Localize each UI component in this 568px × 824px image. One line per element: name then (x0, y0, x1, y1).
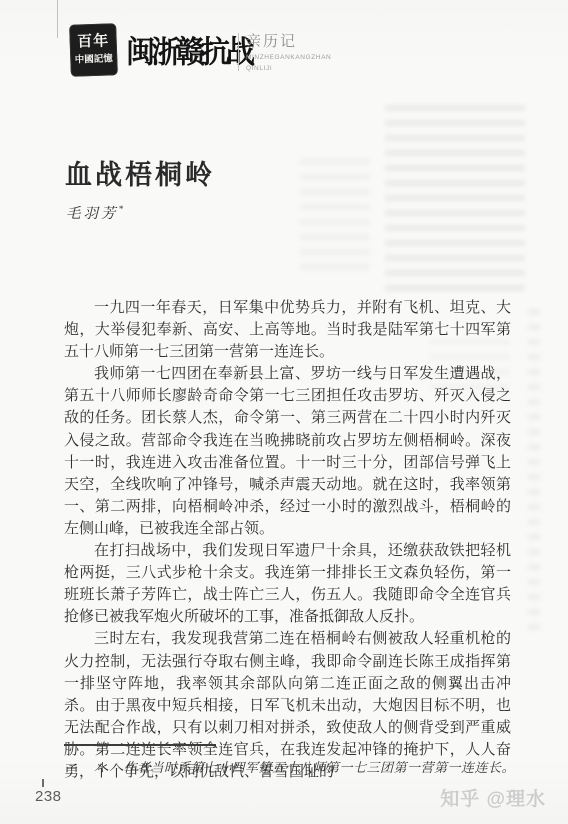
body-paragraph: 我师第一七四团在奉新县上富、罗坊一线与日军发生遭遇战，第五十八师师长廖龄奇命令第… (64, 363, 511, 540)
author-name: 毛羽芳 (66, 206, 119, 222)
series-subtitle-romanization-line2: QINLIJI (246, 65, 386, 73)
header-divider (238, 33, 239, 71)
page-number: 238 (35, 788, 62, 805)
zhihu-watermark: 知乎 @理水 (440, 784, 546, 811)
page-bleedthrough-artifact (385, 96, 525, 296)
seal-text-bottom: 中國記憶 (75, 53, 113, 66)
seal-text-top: 百年 (77, 33, 110, 51)
article-title: 血战梧桐岭 (65, 153, 215, 192)
series-subtitle: 亲历记 (246, 33, 386, 51)
scan-edge-artifact (42, 779, 44, 787)
series-subtitle-romanization-line1: MINZHEGANKANGZHAN (246, 54, 386, 62)
footnote-divider-rule (64, 744, 216, 746)
footnote: ＊ 作者当时系第七十四军第五十八师第一七三团第一营第一连连长。 (96, 757, 516, 776)
article-body: 一九四一年春天，日军集中优势兵力，并附有飞机、坦克、大炮，大举侵犯奉新、高安、上… (64, 297, 511, 783)
series-title-calligraphy: 闽浙赣抗战 (126, 29, 251, 72)
author-footnote-mark: * (119, 204, 124, 214)
body-paragraph: 一九四一年春天，日军集中优势兵力，并附有飞机、坦克、大炮，大举侵犯奉新、高安、上… (64, 297, 511, 363)
page-bleedthrough-artifact (528, 300, 540, 630)
scanned-book-page: 百年 中國記憶 闽浙赣抗战 亲历记 MINZHEGANKANGZHAN QINL… (0, 0, 568, 824)
footnote-text: 作者当时系第七十四军第五十八师第一七三团第一营第一连连长。 (124, 757, 516, 776)
body-paragraph: 在打扫战场中，我们发现日军遗尸十余具，还缴获敌铁把轻机枪两挺，三八式步枪十余支。… (64, 540, 511, 628)
article-author: 毛羽芳* (66, 202, 123, 223)
page-bleedthrough-artifact (300, 150, 370, 270)
footnote-mark: ＊ (96, 757, 110, 776)
publisher-seal-logo: 百年 中國記憶 (69, 23, 118, 77)
header-subtitle-block: 亲历记 MINZHEGANKANGZHAN QINLIJI (246, 33, 386, 73)
scan-edge-artifact (57, 0, 58, 38)
